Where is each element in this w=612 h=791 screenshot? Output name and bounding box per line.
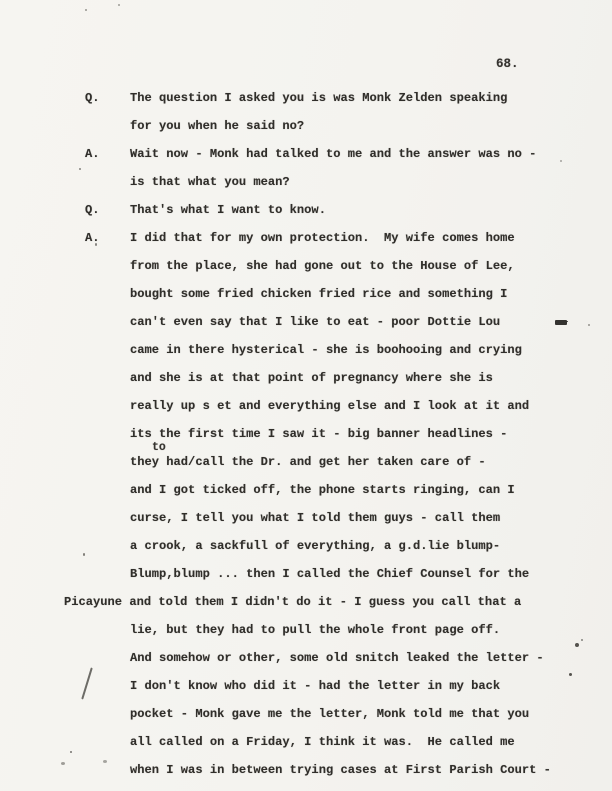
transcript-line: And somehow or other, some old snitch le… [0, 651, 612, 667]
transcript-line: came in there hysterical - she is boohoo… [0, 343, 612, 359]
page-number: 68. [496, 57, 519, 71]
line-text: lie, but they had to pull the whole fron… [130, 623, 500, 638]
transcript-line: and I got ticked off, the phone starts r… [0, 483, 612, 499]
scan-speck [70, 751, 72, 753]
transcript-line: for you when he said no? [0, 119, 612, 135]
line-text: really up s et and everything else and I… [130, 399, 529, 414]
transcript-line: A.Wait now - Monk had talked to me and t… [0, 147, 612, 163]
transcript-line: pocket - Monk gave me the letter, Monk t… [0, 707, 612, 723]
scan-speck [118, 4, 120, 6]
transcript-line: curse, I tell you what I told them guys … [0, 511, 612, 527]
line-text: The question I asked you is was Monk Zel… [130, 91, 507, 106]
line-text: I don't know who did it - had the letter… [130, 679, 500, 694]
transcript-line: a crook, a sackfull of everything, a g.d… [0, 539, 612, 555]
scan-smudge [555, 320, 567, 325]
line-text: its the first time I saw it - big banner… [130, 427, 507, 442]
transcript-line: Blump,blump ... then I called the Chief … [0, 567, 612, 583]
line-text: I did that for my own protection. My wif… [130, 231, 515, 246]
transcript-line: and she is at that point of pregnancy wh… [0, 371, 612, 387]
scan-speck [581, 639, 583, 641]
line-text: curse, I tell you what I told them guys … [130, 511, 500, 526]
line-text: And somehow or other, some old snitch le… [130, 651, 544, 666]
transcript-line: really up s et and everything else and I… [0, 399, 612, 415]
line-text: from the place, she had gone out to the … [130, 259, 515, 274]
line-text: is that what you mean? [130, 175, 290, 190]
line-text: and I got ticked off, the phone starts r… [130, 483, 515, 498]
transcript-line: they had/call the Dr. and get her taken … [0, 455, 612, 471]
scan-speck [83, 553, 85, 556]
scan-speck [588, 324, 590, 326]
transcript-line: all called on a Friday, I think it was. … [0, 735, 612, 751]
line-text: can't even say that I like to eat - poor… [130, 315, 500, 330]
scan-speck [85, 9, 87, 11]
line-text: pocket - Monk gave me the letter, Monk t… [130, 707, 529, 722]
line-text: came in there hysterical - she is boohoo… [130, 343, 522, 358]
line-text: That's what I want to know. [130, 203, 326, 218]
line-text: a crook, a sackfull of everything, a g.d… [130, 539, 500, 554]
line-text: Picayune and told them I didn't do it - … [64, 595, 521, 610]
transcript-line: can't even say that I like to eat - poor… [0, 315, 612, 331]
scan-speck [61, 762, 65, 765]
transcript-line: I don't know who did it - had the letter… [0, 679, 612, 695]
transcript-line: its the first time I saw it - big banner… [0, 427, 612, 443]
transcript-line: lie, but they had to pull the whole fron… [0, 623, 612, 639]
line-text: bought some fried chicken fried rice and… [130, 287, 507, 302]
qa-label: A. [85, 147, 100, 162]
transcript-line: is that what you mean? [0, 175, 612, 191]
line-text: when I was in between trying cases at Fi… [130, 763, 551, 778]
scan-speck [79, 168, 81, 170]
inserted-word: to [152, 440, 166, 455]
qa-label: Q. [85, 203, 100, 218]
transcript-line: when I was in between trying cases at Fi… [0, 763, 612, 779]
scan-speck [569, 673, 572, 676]
line-text: all called on a Friday, I think it was. … [130, 735, 515, 750]
transcript-line: bought some fried chicken fried rice and… [0, 287, 612, 303]
line-text: and she is at that point of pregnancy wh… [130, 371, 493, 386]
line-text: for you when he said no? [130, 119, 304, 134]
scan-speck [103, 760, 107, 763]
transcript-line: from the place, she had gone out to the … [0, 259, 612, 275]
qa-label: A. [85, 231, 100, 246]
scan-speck [575, 643, 579, 647]
line-text: they had/call the Dr. and get her taken … [130, 455, 486, 470]
line-text: Blump,blump ... then I called the Chief … [130, 567, 529, 582]
scan-speck [560, 160, 562, 162]
scan-speck [95, 243, 97, 246]
document-page: 68. Q.The question I asked you is was Mo… [0, 0, 612, 791]
qa-label: Q. [85, 91, 100, 106]
transcript-line: Q.That's what I want to know. [0, 203, 612, 219]
transcript-line: Picayune and told them I didn't do it - … [0, 595, 612, 611]
transcript-line: A.I did that for my own protection. My w… [0, 231, 612, 247]
transcript-line: Q.The question I asked you is was Monk Z… [0, 91, 612, 107]
line-text: Wait now - Monk had talked to me and the… [130, 147, 536, 162]
